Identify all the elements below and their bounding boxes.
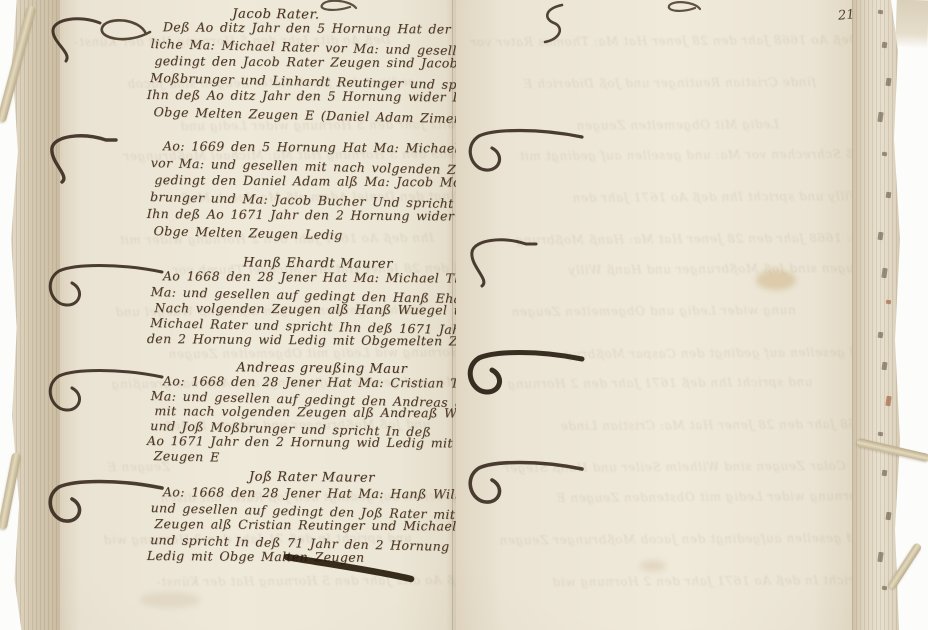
fore-edge-ink-mark [881,362,887,371]
initial-swash-flourish-icon [466,236,586,288]
initial-swash-flourish-icon [46,262,166,314]
manuscript-scan: Deß Ao ditz Jahr den 5 Hornung Hat der K… [0,0,928,630]
paper-stain [756,270,796,290]
entry-heading: Peter Colar Maurer [908,454,928,469]
bleedthrough-line: nung wider Ledig und Obgemelten Zeugen [511,303,796,319]
bleedthrough-line: Deß Ao 1668 Jahr den 28 Jener Hat Ma: Th… [470,33,852,50]
bleedthrough-line: finde Cristian Reutinger und Joß Dideric… [523,75,816,91]
bleedthrough-line: Ledig Mit Obgemelten Zeugen [576,117,779,132]
paraph-flourish-icon [664,0,704,14]
paper-stain [140,592,200,608]
paper-stain [640,560,666,572]
initial-swash-flourish-icon [46,478,166,530]
entry-heading: Caspar Moßbrunger Maurer [908,343,928,358]
fore-edge-ink-mark [881,268,887,279]
fore-edge-ink-mark [882,470,888,477]
fore-edge-ink-mark [885,512,891,521]
fore-edge-ink-mark [886,192,892,199]
initial-swash-flourish-icon [46,132,166,184]
bold-ink-underline [284,554,416,584]
fore-edge-ink-mark [878,332,884,339]
fore-edge-ink-mark [877,112,883,123]
fore-edge-ink-mark [885,78,891,87]
fore-edge-ink-mark [882,152,888,157]
fore-edge-ink-mark [886,300,892,305]
entry-heading: Joß Adam Maurer [908,229,928,244]
entry-heading: Hanß Schrech Maurer [908,119,928,134]
page-number: 21 [837,7,855,23]
fore-edge-ink-mark [878,10,884,15]
bleedthrough-line: vor Ma: und gesellen auf gedingt den Cas… [564,345,852,362]
initial-s-flourish-icon [538,2,568,44]
gutter-crease [452,0,453,630]
fore-edge-ink-mark [878,432,884,437]
bleedthrough-line: Ma: und gesellen aufgedingt den Jacob Mo… [499,531,852,548]
initial-swash-flourish-icon [46,367,166,419]
bleedthrough-line: Hornung wider Ledig mit Obstenden Zeugen… [556,489,852,505]
right-page: Deß Ao 1668 Jahr den 28 Jener Hat Ma: Th… [456,0,852,630]
entry-heading: Jacob Moßbrug Maurer [908,8,928,23]
initial-swash-flourish-icon [466,127,586,179]
fore-edge-ink-mark [882,586,888,591]
bleedthrough-line: Ao 1668 Jahr den 28 Jener Hat Ma: Cristi… [560,417,852,433]
initial-swash-flourish-icon [466,349,586,401]
left-page: Deß Ao ditz Jahr den 5 Hornung Hat der K… [60,0,456,630]
fore-edge-ink-mark [877,552,883,563]
paraph-flourish-icon [316,0,360,14]
bleedthrough-line: Zeugen sind Joß Moßbrunger und Hanß Will… [568,261,852,277]
bleedthrough-line: und spricht In deß Ao 1671 Jahr den 2 Ho… [552,573,852,589]
initial-loop-flourish-icon [96,14,152,48]
bleedthrough-line: Willy und spricht Ihn deß Ao 1671 Jahr d… [572,189,852,205]
initial-swash-flourish-icon [466,459,586,511]
fore-edge-ink-mark [882,42,888,49]
bleedthrough-layer: Deß Ao 1668 Jahr den 28 Jener Hat Ma: Th… [456,0,852,630]
fore-edge-writing [872,0,896,630]
fore-edge-ink-mark [877,232,883,241]
fore-edge-ink-mark [885,396,891,407]
